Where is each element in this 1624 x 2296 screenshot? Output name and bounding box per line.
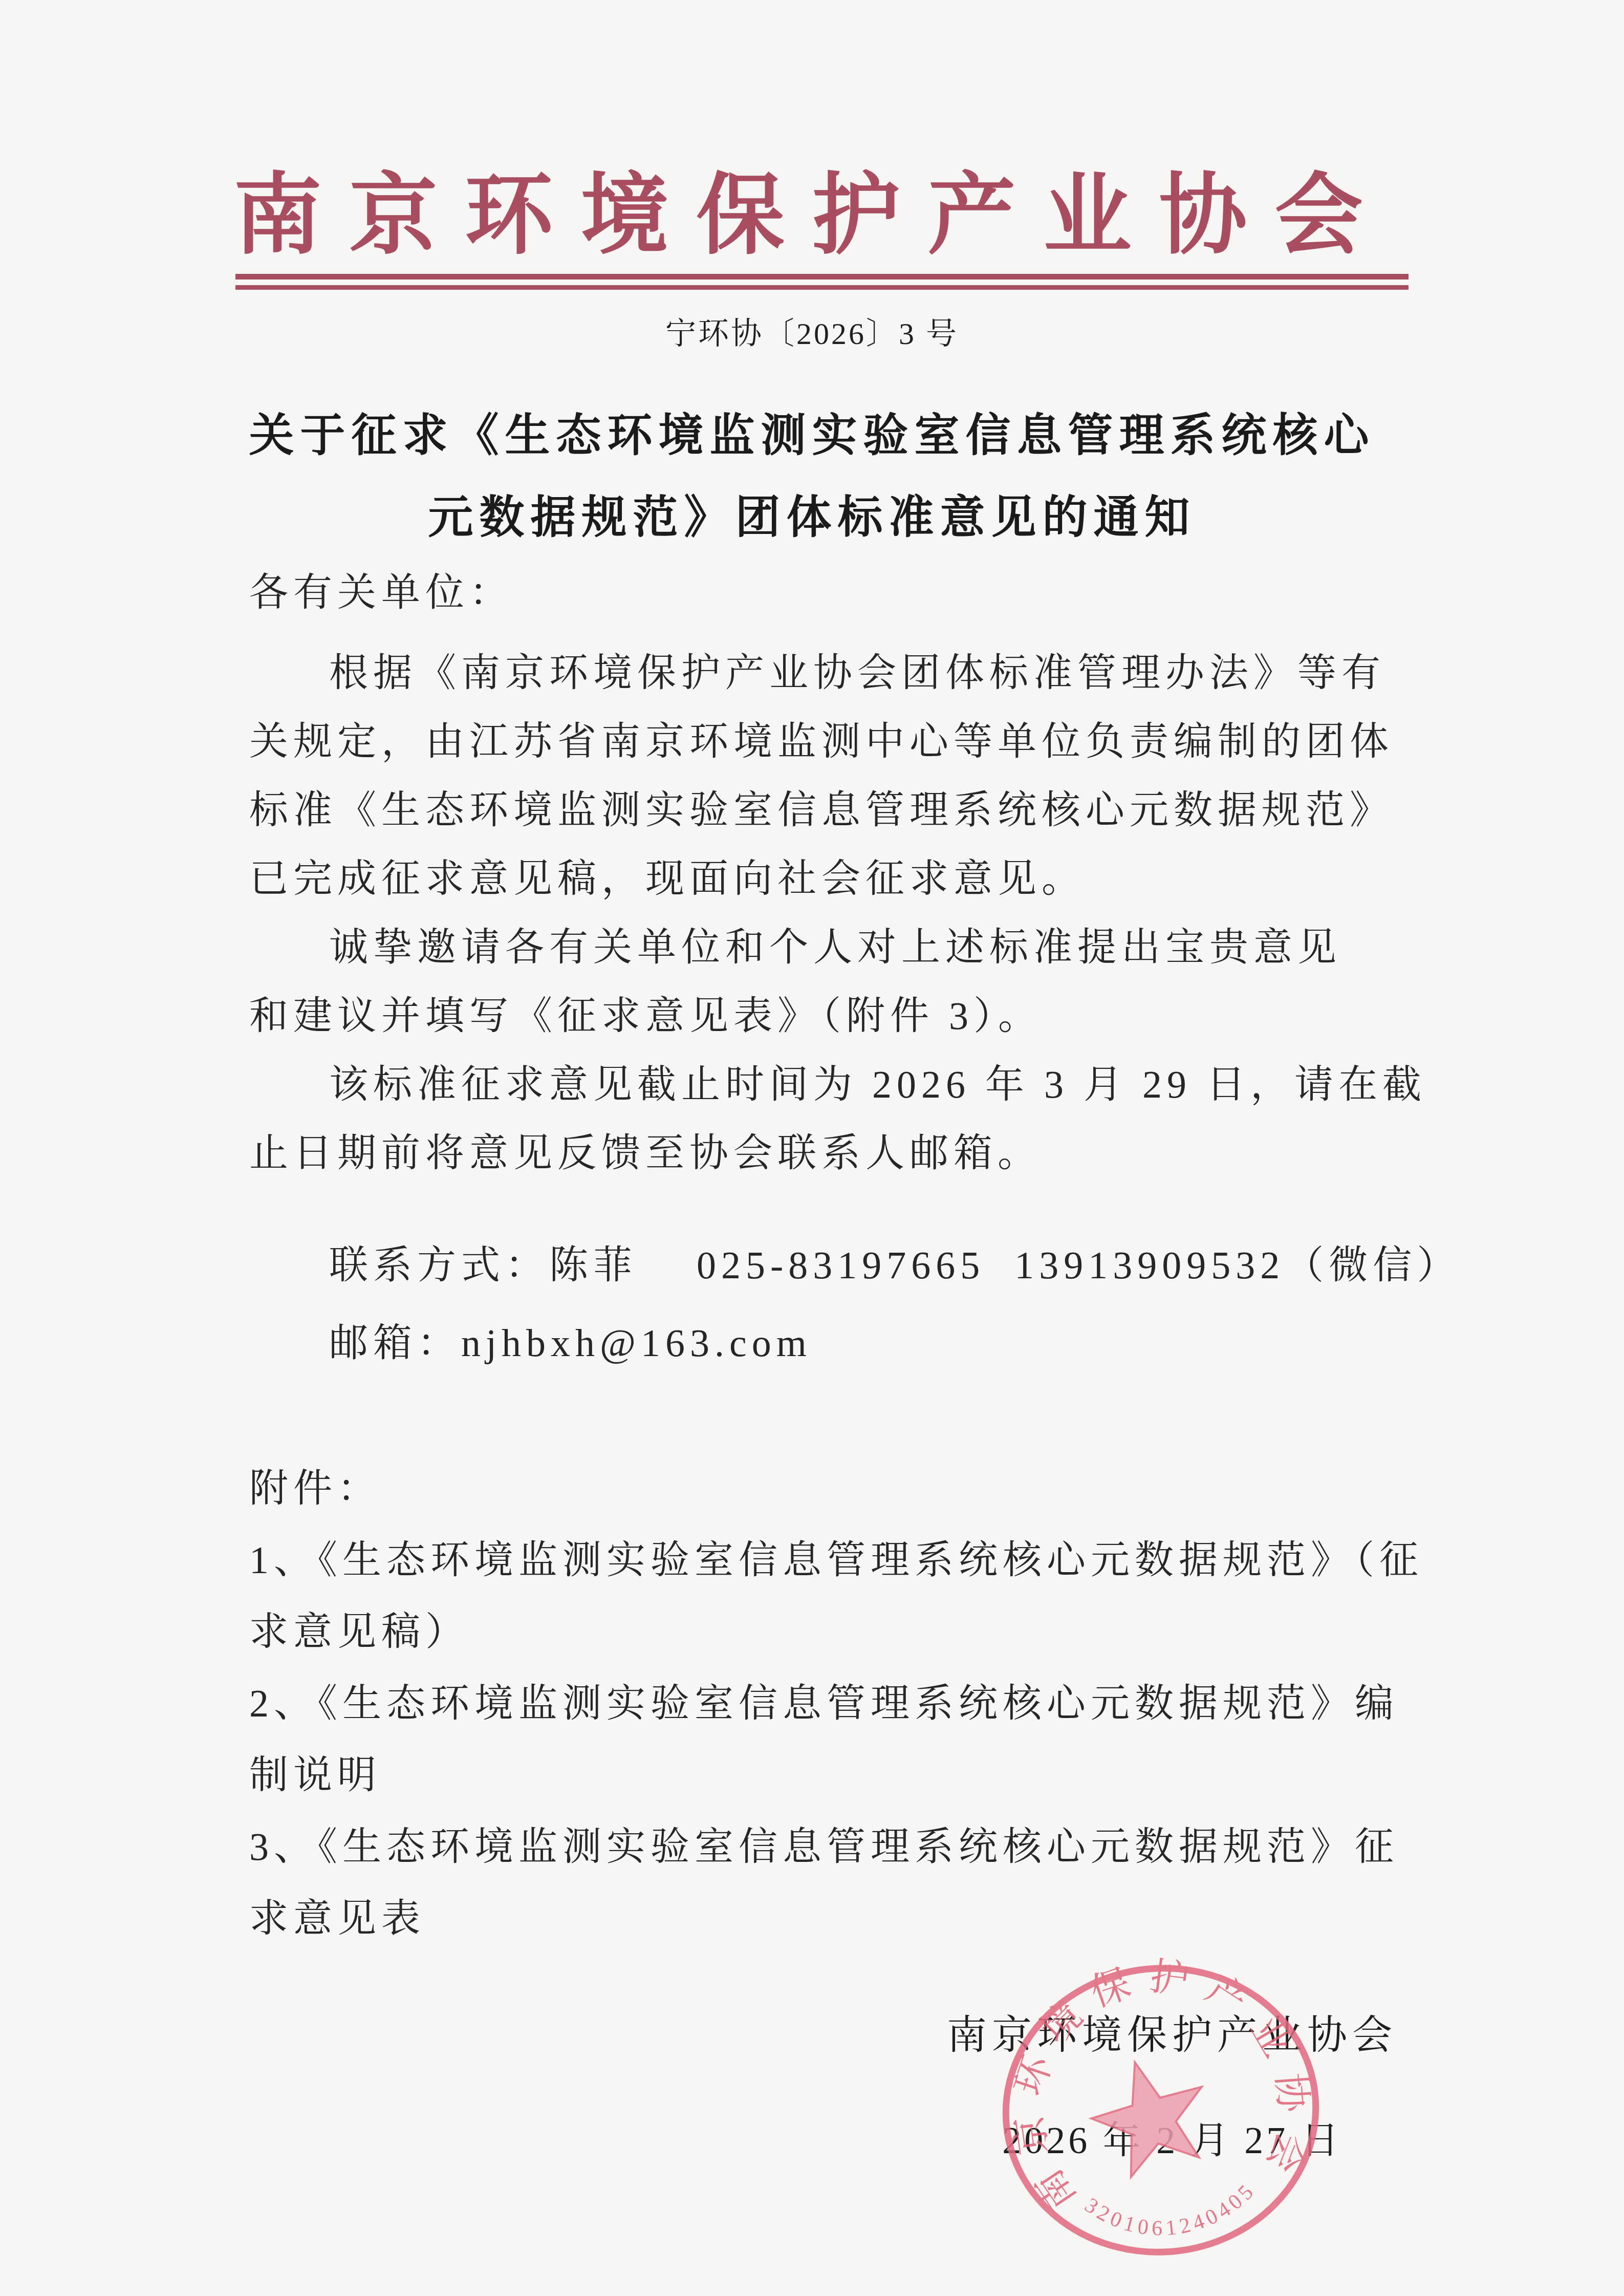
body-text: 根据《南京环境保护产业协会团体标准管理办法》等有 关规定，由江苏省南京环境监测中… <box>249 639 1421 1188</box>
attachment-item: 求意见表 <box>249 1883 1421 1955</box>
attachment-item: 2、《生态环境监测实验室信息管理系统核心元数据规范》编 <box>249 1668 1421 1740</box>
official-notice-page: 南京环境保护产业协会 宁环协〔2026〕3 号 关于征求《生态环境监测实验室信息… <box>0 0 1624 2296</box>
notice-title-line1: 关于征求《生态环境监测实验室信息管理系统核心 <box>0 394 1624 476</box>
signature-org: 南京环境保护产业协会 <box>916 2007 1428 2064</box>
attachment-item: 3、《生态环境监测实验室信息管理系统核心元数据规范》征 <box>249 1811 1421 1883</box>
attachments-label: 附件： <box>249 1453 1421 1525</box>
body-line: 根据《南京环境保护产业协会团体标准管理办法》等有 <box>249 639 1421 707</box>
body-line: 诚挚邀请各有关单位和个人对上述标准提出宝贵意见 <box>249 913 1421 982</box>
contact-line: 联系方式：陈菲 025-83197665 13913909532（微信） <box>249 1227 1421 1304</box>
seal-number: 3201061240405 <box>1078 2176 1265 2249</box>
salutation: 各有关单位： <box>249 567 513 618</box>
letterhead-rule-top <box>235 274 1409 280</box>
attachments-list: 附件： 1、《生态环境监测实验室信息管理系统核心元数据规范》（征 求意见稿） 2… <box>249 1453 1421 1955</box>
document-number: 宁环协〔2026〕3 号 <box>0 313 1624 354</box>
body-line: 标准《生态环境监测实验室信息管理系统核心元数据规范》 <box>249 776 1421 845</box>
body-line: 关规定，由江苏省南京环境监测中心等单位负责编制的团体 <box>249 707 1421 776</box>
body-line: 该标准征求意见截止时间为 2026 年 3 月 29 日，请在截 <box>249 1050 1421 1119</box>
letterhead-org-title: 南京环境保护产业协会 <box>0 165 1624 267</box>
body-line: 止日期前将意见反馈至协会联系人邮箱。 <box>249 1119 1421 1188</box>
contact-email: 邮箱：njhbxh@163.com <box>249 1304 1421 1382</box>
signature-date: 2026 年 2 月 27 日 <box>916 2115 1428 2166</box>
attachment-item: 1、《生态环境监测实验室信息管理系统核心元数据规范》（征 <box>249 1525 1421 1596</box>
signature-block: 南京环境保护产业协会 2026 年 2 月 27 日 <box>916 2007 1428 2166</box>
attachment-item: 制说明 <box>249 1740 1421 1811</box>
contact-info: 联系方式：陈菲 025-83197665 13913909532（微信） 邮箱：… <box>249 1227 1421 1382</box>
body-line: 已完成征求意见稿，现面向社会征求意见。 <box>249 845 1421 913</box>
notice-title: 关于征求《生态环境监测实验室信息管理系统核心元数据规范》团体标准意见的通知 <box>0 394 1624 558</box>
body-line: 和建议并填写《征求意见表》（附件 3）。 <box>249 982 1421 1050</box>
letterhead-rule-bottom <box>235 285 1409 290</box>
attachment-item: 求意见稿） <box>249 1596 1421 1668</box>
notice-title-line2: 元数据规范》团体标准意见的通知 <box>0 476 1624 558</box>
